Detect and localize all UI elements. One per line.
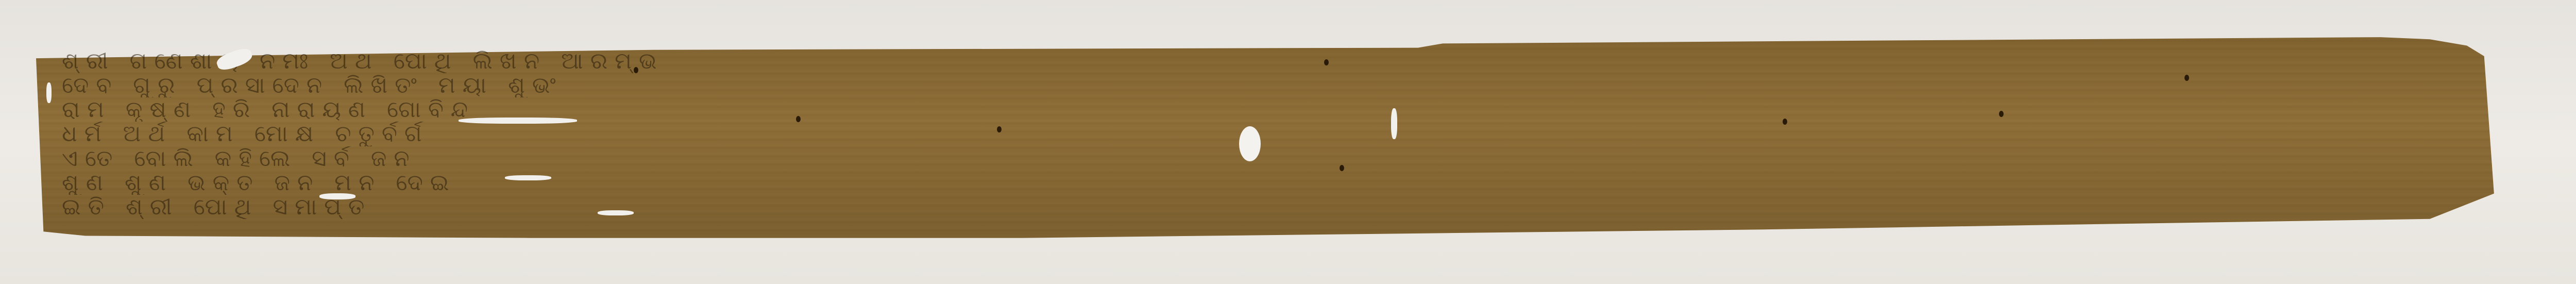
insect-hole [2184, 75, 2189, 81]
worm-damage [505, 175, 551, 180]
insect-hole [997, 126, 1002, 132]
insect-hole [796, 116, 801, 122]
text-row: ରାମ କୃଷ୍ଣ ହରି ନାରାୟଣ ଗୋବିନ୍ଦ [62, 97, 2432, 122]
worm-damage [319, 193, 355, 199]
worm-damage [1391, 108, 1397, 139]
worm-damage [459, 118, 577, 124]
insect-hole [1340, 165, 1344, 171]
insect-hole [1324, 59, 1329, 65]
worm-damage [598, 210, 634, 215]
insect-hole [1999, 111, 2004, 117]
text-row: ଦେବ ଗୁରୁ ପ୍ରସାଦେନ ଲିଖିତଂ ମୟା ଶୁଭଂ [62, 73, 2432, 97]
text-row: ଶ୍ରୀ ଗଣେଶାୟ ନମଃ ଅଥ ପୋଥି ଲିଖନ ଆରମ୍ଭ [62, 49, 2432, 73]
text-row: ଶୁଣ ଶୁଣ ଭକ୍ତ ଜନ ମନ ଦେଇ [62, 171, 2432, 195]
binding-hole [1239, 126, 1261, 161]
worm-damage [46, 82, 52, 103]
text-row: ଇତି ଶ୍ରୀ ପୋଥି ସମାପ୍ତ [62, 195, 2432, 219]
insect-hole [1783, 119, 1787, 125]
insect-hole [634, 67, 638, 73]
